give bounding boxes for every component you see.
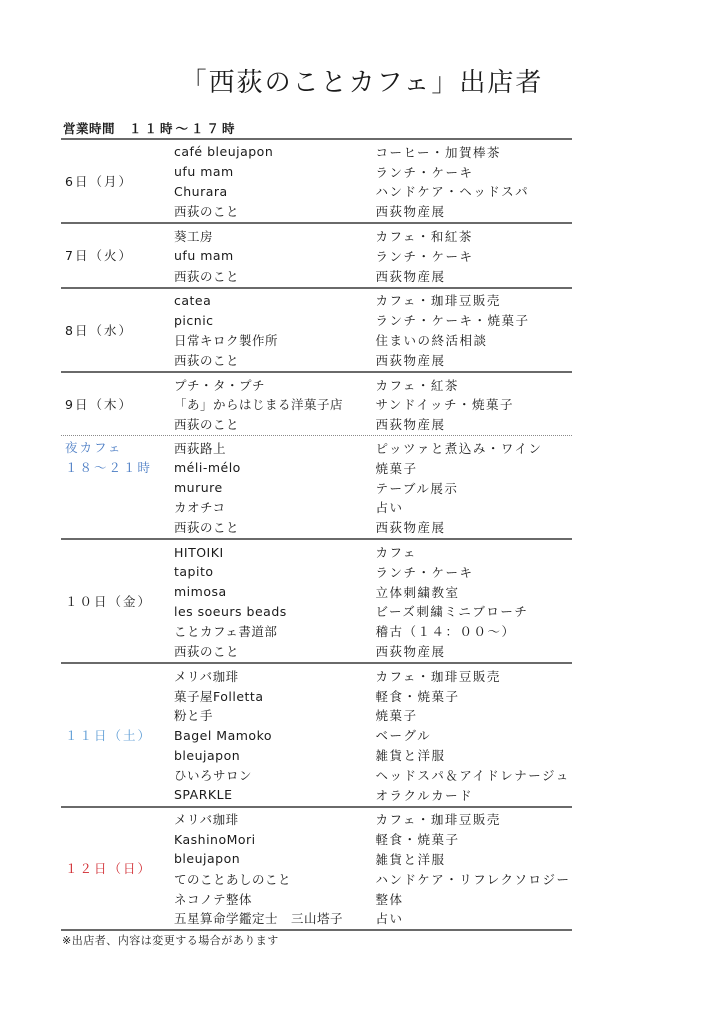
vendor-content: ランチ・ケーキ — [375, 563, 572, 581]
vendor-name: SPARKLE — [174, 787, 375, 802]
vendor-name: mimosa — [174, 584, 375, 599]
day-block-6: 6日（月） café bleujaponコーヒー・加賀棒茶 ufu mamランチ… — [61, 138, 572, 222]
vendor-content: ランチ・ケーキ — [375, 163, 572, 181]
vendor-content: 焼菓子 — [375, 459, 572, 477]
vendor-name: méli-mélo — [174, 460, 375, 475]
table-row: 西荻のこと西荻物産展 — [61, 350, 572, 370]
day-label: 8日（水） — [65, 321, 133, 339]
table-row: 日常キロク製作所住まいの終活相談 — [61, 330, 572, 350]
day-label: １０日（金） — [65, 592, 152, 610]
vendor-name: café bleujapon — [174, 144, 375, 159]
day-block-12: １２日（日） メリバ珈琲カフェ・珈琲豆販売 KashinoMori軽食・焼菓子 … — [61, 806, 572, 932]
vendor-content: 西荻物産展 — [375, 415, 572, 433]
vendor-content: 占い — [375, 909, 572, 927]
vendor-name: KashinoMori — [174, 832, 375, 847]
table-row: SPARKLEオラクルカード — [61, 785, 572, 805]
table-row: 葵工房カフェ・和紅茶 — [61, 226, 572, 246]
day-label-sunday: １２日（日） — [65, 859, 152, 877]
table-row: 「あ」からはじまる洋菓子店サンドイッチ・焼菓子 — [61, 395, 572, 415]
vendor-name: 西荻のこと — [174, 415, 375, 433]
vendor-name: てのことあしのこと — [174, 870, 375, 888]
vendor-name: HITOIKI — [174, 545, 375, 560]
vendor-content: カフェ・珈琲豆販売 — [375, 291, 572, 309]
day-label: 9日（木） — [65, 395, 133, 413]
vendor-name: 西荻のこと — [174, 267, 375, 285]
vendor-name: 粉と手 — [174, 706, 375, 724]
table-row: ufu mamランチ・ケーキ — [61, 246, 572, 266]
vendor-name: 菓子屋Folletta — [174, 687, 375, 705]
vendor-content: コーヒー・加賀棒茶 — [375, 143, 572, 161]
table-row: Churaraハンドケア・ヘッドスパ — [61, 182, 572, 202]
table-row: カオチコ占い — [61, 498, 572, 518]
table-row: プチ・タ・プチカフェ・紅茶 — [61, 375, 572, 395]
table-row: 菓子屋Folletta軽食・焼菓子 — [61, 686, 572, 706]
day-block-9: 9日（木） プチ・タ・プチカフェ・紅茶 「あ」からはじまる洋菓子店サンドイッチ・… — [61, 371, 572, 435]
table-row: HITOIKIカフェ — [61, 542, 572, 562]
page-title: 「西荻のことカフェ」出店者 — [0, 62, 724, 99]
night-cafe-block: 夜カフェ １８～２１時 西荻路上ピッツァと煮込み・ワイン méli-mélo焼菓… — [61, 435, 572, 538]
table-row: KashinoMori軽食・焼菓子 — [61, 829, 572, 849]
vendor-content: 稽古（１４：００～） — [375, 622, 572, 640]
table-row: 西荻のこと西荻物産展 — [61, 201, 572, 221]
vendor-content: サンドイッチ・焼菓子 — [375, 395, 572, 413]
night-cafe-title: 夜カフェ — [65, 438, 152, 458]
vendor-name: bleujapon — [174, 748, 375, 763]
table-row: 西荻のこと西荻物産展 — [61, 414, 572, 434]
table-row: cateaカフェ・珈琲豆販売 — [61, 291, 572, 311]
vendor-content: 軽食・焼菓子 — [375, 687, 572, 705]
vendor-name: Bagel Mamoko — [174, 728, 375, 743]
table-row: メリバ珈琲カフェ・珈琲豆販売 — [61, 666, 572, 686]
vendor-content: 立体刺繍教室 — [375, 583, 572, 601]
vendor-name: 西荻路上 — [174, 439, 375, 457]
table-row: 西荻のこと西荻物産展 — [61, 517, 572, 537]
vendor-name: メリバ珈琲 — [174, 810, 375, 828]
day-label-saturday: １１日（土） — [65, 726, 152, 744]
day-block-8: 8日（水） cateaカフェ・珈琲豆販売 picnicランチ・ケーキ・焼菓子 日… — [61, 287, 572, 371]
vendor-name: murure — [174, 480, 375, 495]
business-hours-value: １１時～１７時 — [129, 121, 238, 136]
vendor-name: catea — [174, 293, 375, 308]
vendor-name: 西荻のこと — [174, 202, 375, 220]
vendor-name: bleujapon — [174, 851, 375, 866]
table-row: 粉と手焼菓子 — [61, 706, 572, 726]
document-page: 「西荻のことカフェ」出店者 営業時間１１時～１７時 6日（月） café ble… — [0, 0, 724, 1024]
vendor-schedule-table: 6日（月） café bleujaponコーヒー・加賀棒茶 ufu mamランチ… — [61, 138, 572, 931]
day-block-10: １０日（金） HITOIKIカフェ tapitoランチ・ケーキ mimosa立体… — [61, 538, 572, 662]
vendor-content: 軽食・焼菓子 — [375, 830, 572, 848]
table-row: 西荻のこと西荻物産展 — [61, 641, 572, 661]
night-cafe-hours: １８～２１時 — [65, 458, 152, 478]
table-row: ufu mamランチ・ケーキ — [61, 162, 572, 182]
table-row: ことカフェ書道部稽古（１４：００～） — [61, 621, 572, 641]
table-row: ひいろサロンヘッドスパ＆アイドレナージュ — [61, 765, 572, 785]
vendor-name: 西荻のこと — [174, 642, 375, 660]
vendor-content: ピッツァと煮込み・ワイン — [375, 439, 572, 457]
table-row: 西荻のこと西荻物産展 — [61, 266, 572, 286]
day-label: 7日（火） — [65, 246, 133, 264]
vendor-name: ufu mam — [174, 248, 375, 263]
table-row: メリバ珈琲カフェ・珈琲豆販売 — [61, 810, 572, 830]
vendor-name: ひいろサロン — [174, 766, 375, 784]
vendor-content: 雑貨と洋服 — [375, 746, 572, 764]
vendor-content: 住まいの終活相談 — [375, 331, 572, 349]
table-row: bleujapon雑貨と洋服 — [61, 745, 572, 765]
vendor-name: 西荻のこと — [174, 518, 375, 536]
vendor-content: カフェ・珈琲豆販売 — [375, 810, 572, 828]
vendor-content: 西荻物産展 — [375, 267, 572, 285]
vendor-name: プチ・タ・プチ — [174, 376, 375, 394]
vendor-content: ハンドケア・リフレクソロジー — [375, 870, 572, 888]
day-block-7: 7日（火） 葵工房カフェ・和紅茶 ufu mamランチ・ケーキ 西荻のこと西荻物… — [61, 222, 572, 286]
vendor-name: picnic — [174, 313, 375, 328]
disclaimer-note: ※出店者、内容は変更する場合があります — [62, 932, 279, 948]
vendor-content: カフェ・和紅茶 — [375, 227, 572, 245]
vendor-content: 西荻物産展 — [375, 518, 572, 536]
vendor-name: 五星算命学鑑定士 三山塔子 — [174, 909, 375, 927]
vendor-name: ufu mam — [174, 164, 375, 179]
vendor-content: カフェ・紅茶 — [375, 376, 572, 394]
vendor-content: ビーズ刺繍ミニブローチ — [375, 602, 572, 620]
table-row: café bleujaponコーヒー・加賀棒茶 — [61, 142, 572, 162]
vendor-name: カオチコ — [174, 498, 375, 516]
vendor-content: 西荻物産展 — [375, 202, 572, 220]
vendor-content: 雑貨と洋服 — [375, 850, 572, 868]
vendor-content: オラクルカード — [375, 786, 572, 804]
vendor-name: ネコノテ整体 — [174, 890, 375, 908]
vendor-name: 葵工房 — [174, 227, 375, 245]
table-row: ネコノテ整体整体 — [61, 889, 572, 909]
day-block-11: １１日（土） メリバ珈琲カフェ・珈琲豆販売 菓子屋Folletta軽食・焼菓子 … — [61, 662, 572, 806]
vendor-content: 整体 — [375, 890, 572, 908]
vendor-name: Churara — [174, 184, 375, 199]
business-hours: 営業時間１１時～１７時 — [63, 119, 238, 137]
vendor-content: 西荻物産展 — [375, 351, 572, 369]
table-row: tapitoランチ・ケーキ — [61, 562, 572, 582]
vendor-name: 「あ」からはじまる洋菓子店 — [174, 395, 375, 413]
vendor-name: 日常キロク製作所 — [174, 331, 375, 349]
vendor-content: ハンドケア・ヘッドスパ — [375, 182, 572, 200]
vendor-content: テーブル展示 — [375, 479, 572, 497]
vendor-content: ランチ・ケーキ・焼菓子 — [375, 311, 572, 329]
table-row: murureテーブル展示 — [61, 478, 572, 498]
vendor-content: ベーグル — [375, 726, 572, 744]
vendor-content: カフェ — [375, 543, 572, 561]
vendor-name: メリバ珈琲 — [174, 667, 375, 685]
vendor-name: les soeurs beads — [174, 604, 375, 619]
table-row: 五星算命学鑑定士 三山塔子占い — [61, 908, 572, 928]
vendor-content: ヘッドスパ＆アイドレナージュ — [375, 766, 572, 784]
vendor-name: tapito — [174, 564, 375, 579]
table-row: picnicランチ・ケーキ・焼菓子 — [61, 310, 572, 330]
vendor-name: 西荻のこと — [174, 351, 375, 369]
vendor-content: 焼菓子 — [375, 706, 572, 724]
vendor-content: カフェ・珈琲豆販売 — [375, 667, 572, 685]
night-cafe-label: 夜カフェ １８～２１時 — [65, 438, 152, 478]
day-label: 6日（月） — [65, 172, 133, 190]
vendor-content: 西荻物産展 — [375, 642, 572, 660]
vendor-content: ランチ・ケーキ — [375, 247, 572, 265]
vendor-name: ことカフェ書道部 — [174, 622, 375, 640]
vendor-content: 占い — [375, 498, 572, 516]
business-hours-label: 営業時間 — [63, 121, 115, 136]
